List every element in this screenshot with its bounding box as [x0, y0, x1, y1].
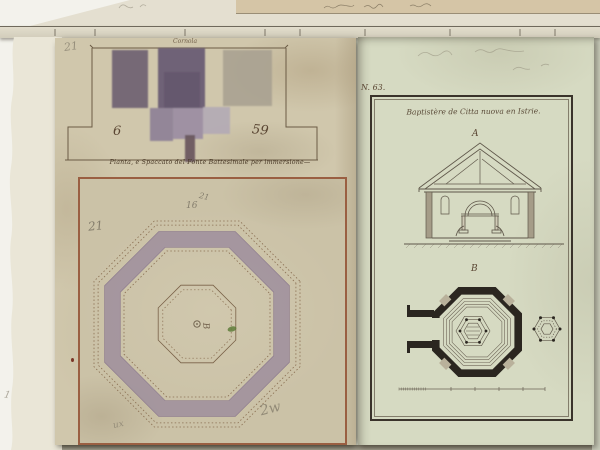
- ground-hatching: [406, 244, 562, 248]
- octagon-plan-drawing: [80, 179, 345, 443]
- plan-number-top-sup: 21: [198, 191, 210, 202]
- photograph-of-architectural-drawings: 1 21 Cornola 6 59: [0, 0, 600, 450]
- font-plan-panel: 16 21 21 B ux 2w: [78, 177, 347, 445]
- baptistery-elevation: [404, 132, 564, 250]
- plan-number-top: 16: [186, 201, 197, 211]
- interior-steps: [444, 299, 511, 366]
- section-caption: Pianta, e Spaccato del Fonte Battesimale…: [90, 159, 330, 166]
- folder-edge: [236, 0, 600, 14]
- section-number-right: 59: [251, 122, 269, 139]
- plan-center-label: B: [200, 322, 211, 329]
- right-drawing-sheet: N. 63. Baptistère de Citta nuova en Istr…: [358, 37, 594, 445]
- pencil-scribble: [115, 0, 175, 12]
- sheet-bottom-shadow: [30, 445, 592, 450]
- handwriting-scribble: [322, 1, 472, 13]
- red-fleck: [71, 358, 74, 362]
- left-drawing-sheet: 21 Cornola 6 59 Pianta, e: [55, 38, 356, 445]
- font-detail-hexagon: [533, 316, 562, 342]
- plan-number-left: 21: [87, 218, 104, 234]
- ink-washes: [112, 48, 272, 162]
- scale-bar: [399, 387, 545, 391]
- border-frame: Baptistère de Citta nuova en Istrie. A: [370, 95, 573, 421]
- pencil-scribbles: [413, 42, 588, 82]
- sheet-caption: Baptistère de Citta nuova en Istrie.: [372, 106, 575, 117]
- cream-under-sheet: [0, 37, 62, 450]
- section-number-left: 6: [113, 124, 121, 139]
- entrance-corridor: [407, 305, 434, 353]
- baptistery-plan: [397, 257, 582, 397]
- inventory-number: N. 63.: [361, 83, 385, 92]
